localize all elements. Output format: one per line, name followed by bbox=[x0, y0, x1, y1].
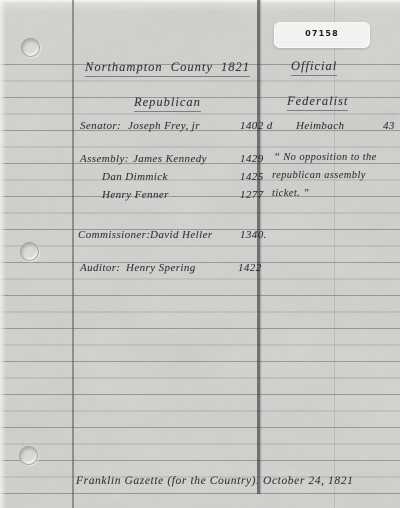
id-sticker: 07158 bbox=[274, 22, 370, 48]
assembly-office: Assembly: bbox=[80, 152, 129, 166]
senator-opponent: Heimbach bbox=[296, 119, 344, 133]
commissioner-votes: 1340. bbox=[240, 228, 267, 242]
header-county-year: Northampton County 1821 bbox=[85, 60, 250, 77]
auditor-office: Auditor: bbox=[80, 261, 120, 275]
assembly-votes-2: 1425 bbox=[240, 170, 264, 184]
senator-name: Joseph Frey, jr bbox=[128, 119, 200, 133]
sticker-number: 07158 bbox=[305, 29, 339, 38]
assembly-name-3: Henry Fenner bbox=[102, 188, 169, 202]
auditor-name: Henry Spering bbox=[126, 261, 196, 275]
auditor-votes: 1422 bbox=[238, 261, 262, 275]
senator-votes: 1402 d bbox=[240, 119, 273, 133]
commissioner-name: David Heller bbox=[150, 228, 213, 242]
party-federalist: Federalist bbox=[287, 94, 348, 111]
assembly-votes-1: 1429 bbox=[240, 152, 264, 166]
senator-opponent-votes: 43 bbox=[383, 119, 395, 133]
senator-office: Senator: bbox=[80, 119, 121, 133]
assembly-note-3: ticket. ” bbox=[272, 187, 309, 201]
commissioner-office: Commissioner: bbox=[78, 228, 150, 242]
assembly-votes-3: 1277 bbox=[240, 188, 264, 202]
assembly-name-2: Dan Dimmick bbox=[102, 170, 168, 184]
party-republican: Republican bbox=[134, 95, 201, 112]
source-citation: Franklin Gazette (for the Country). Octo… bbox=[76, 474, 353, 488]
header-official: Official bbox=[291, 59, 337, 76]
assembly-note-2: republican assembly bbox=[272, 169, 366, 183]
scanned-document-page: 07158 Northampton County 1821 Official R… bbox=[0, 0, 400, 508]
assembly-name-1: James Kennedy bbox=[133, 152, 207, 166]
assembly-note-1: “ No opposition to the bbox=[274, 151, 377, 165]
handwriting-layer: Northampton County 1821 Official Republi… bbox=[0, 0, 400, 508]
